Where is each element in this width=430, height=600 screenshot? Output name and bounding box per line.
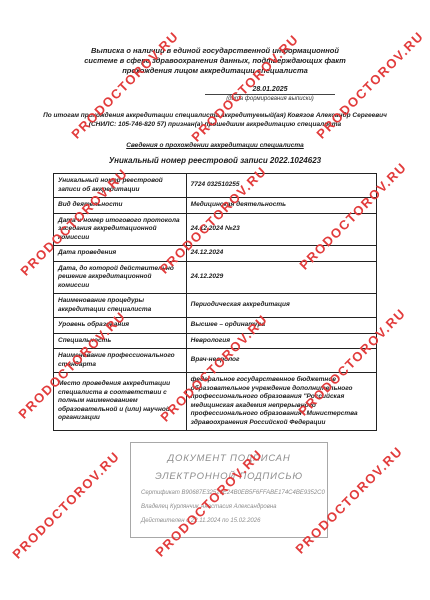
field-value: федеральное государственное бюджетное об… <box>186 373 376 431</box>
signature-validity: Действителен с 22.11.2024 по 15.02.2026 <box>141 518 327 524</box>
signature-title-line1: ДОКУМЕНТ ПОДПИСАН <box>131 453 327 464</box>
issue-date: 28.01.2025 <box>205 86 335 95</box>
field-value: Периодическая аккредитация <box>186 294 376 318</box>
title-line: Выписка о наличии в единой государственн… <box>0 46 430 56</box>
field-value: 24.12.2029 <box>186 261 376 294</box>
title-line: системе в сфере здравоохранения данных, … <box>0 56 430 66</box>
field-value: Неврология <box>186 333 376 349</box>
field-value: 7724 032510255 <box>186 174 376 198</box>
section-subtitle: Сведения о прохождении аккредитации спец… <box>0 142 430 149</box>
field-value: 24.12.2024 <box>186 246 376 262</box>
document-title: Выписка о наличии в единой государственн… <box>0 46 430 76</box>
registry-number-title: Уникальный номер реестровой записи 2022.… <box>0 156 430 165</box>
signature-certificate: Сертификат B90687E32523E24B0EB5F6FFABE17… <box>141 490 327 496</box>
table-row: Дата, до которой действительно решение а… <box>54 261 377 294</box>
signature-owner: Владелец Курлянчик Анастасия Александров… <box>141 504 327 510</box>
document-page: Выписка о наличии в единой государственн… <box>0 0 430 600</box>
table-row: Наименование процедуры аккредитации спец… <box>54 294 377 318</box>
field-value: Высшее – ординатура <box>186 318 376 334</box>
field-label: Специальность <box>54 333 187 349</box>
title-line: прохождения лицом аккредитации специалис… <box>0 66 430 76</box>
